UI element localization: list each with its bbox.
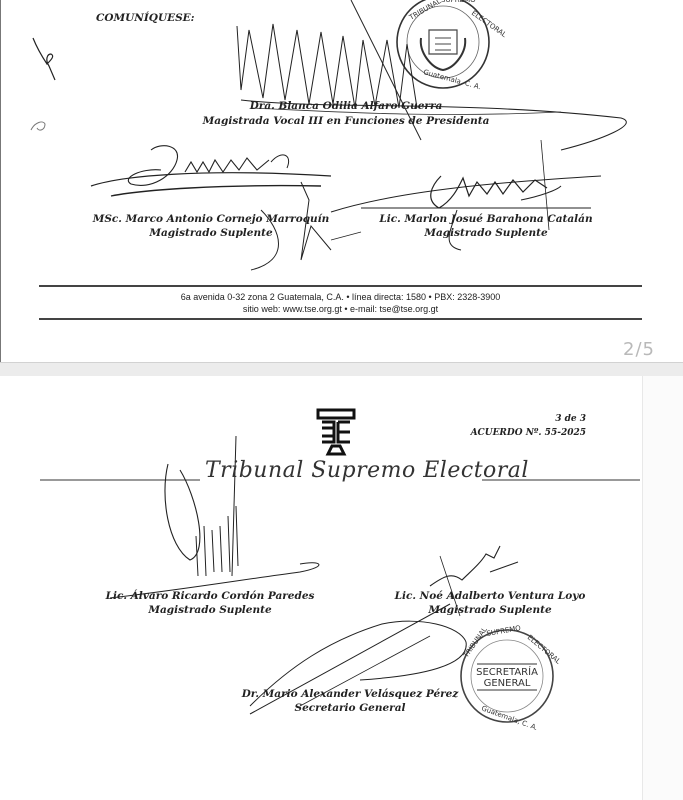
svg-text:SUPREMO: SUPREMO bbox=[486, 624, 522, 638]
svg-text:GENERAL: GENERAL bbox=[484, 678, 531, 689]
signatory-name: Dra. Blanca Odilia Alfaro Guerra bbox=[211, 100, 481, 112]
svg-text:TRIBUNAL: TRIBUNAL bbox=[407, 0, 442, 22]
page-indicator: 2/5 bbox=[623, 339, 655, 360]
signatory-name: Lic. Noé Adalberto Ventura Loyo bbox=[380, 590, 600, 602]
svg-text:SUPREMO: SUPREMO bbox=[441, 0, 476, 4]
signatory-title: Secretario General bbox=[230, 702, 470, 714]
svg-text:TRIBUNAL: TRIBUNAL bbox=[462, 626, 489, 660]
signatory-title: Magistrado Suplente bbox=[380, 604, 600, 616]
page-separator bbox=[0, 362, 683, 376]
signatory-title: Magistrado Suplente bbox=[81, 227, 341, 239]
tse-logo-icon bbox=[318, 410, 354, 454]
signatory-name: Lic. Marlon Josué Barahona Catalán bbox=[371, 213, 601, 225]
page-3-graphics: SECRETARÍA GENERAL TRIBUNAL SUPREMO ELEC… bbox=[0, 376, 643, 800]
svg-text:SECRETARÍA: SECRETARÍA bbox=[476, 665, 538, 678]
footer-divider bbox=[39, 285, 642, 287]
page-of-label: 3 de 3 bbox=[555, 414, 586, 424]
document-page-2: COMUNÍQUESE: TRIBUNAL SUPREMO ELECTORAL … bbox=[0, 0, 683, 362]
document-page-3: SECRETARÍA GENERAL TRIBUNAL SUPREMO ELEC… bbox=[0, 376, 643, 800]
agreement-number: ACUERDO Nº. 55-2025 bbox=[471, 428, 586, 438]
svg-text:ELECTORAL: ELECTORAL bbox=[470, 9, 508, 39]
svg-text:Guatemala, C. A.: Guatemala, C. A. bbox=[422, 68, 481, 91]
comuniquese-heading: COMUNÍQUESE: bbox=[96, 12, 195, 24]
svg-text:ELECTORAL: ELECTORAL bbox=[526, 633, 562, 665]
signatory-name: MSc. Marco Antonio Cornejo Marroquín bbox=[81, 213, 341, 225]
footer-contact: sitio web: www.tse.org.gt • e-mail: tse@… bbox=[39, 303, 642, 315]
footer-address: 6a avenida 0-32 zona 2 Guatemala, C.A. •… bbox=[39, 291, 642, 303]
svg-text:Guatemala, C. A.: Guatemala, C. A. bbox=[480, 704, 538, 732]
signatory-title: Magistrado Suplente bbox=[100, 604, 320, 616]
signatory-name: Dr. Mario Alexander Velásquez Pérez bbox=[230, 688, 470, 700]
signatory-name: Lic. Álvaro Ricardo Cordón Paredes bbox=[100, 590, 320, 602]
viewer-background bbox=[643, 376, 683, 800]
signatory-title: Magistrado Suplente bbox=[371, 227, 601, 239]
institution-heading: Tribunal Supremo Electoral bbox=[205, 458, 529, 483]
tse-seal-icon bbox=[397, 0, 489, 88]
secretaria-general-seal-icon: SECRETARÍA GENERAL TRIBUNAL SUPREMO ELEC… bbox=[461, 624, 562, 732]
footer-divider bbox=[39, 318, 642, 320]
signatory-title: Magistrada Vocal III en Funciones de Pre… bbox=[186, 115, 506, 127]
